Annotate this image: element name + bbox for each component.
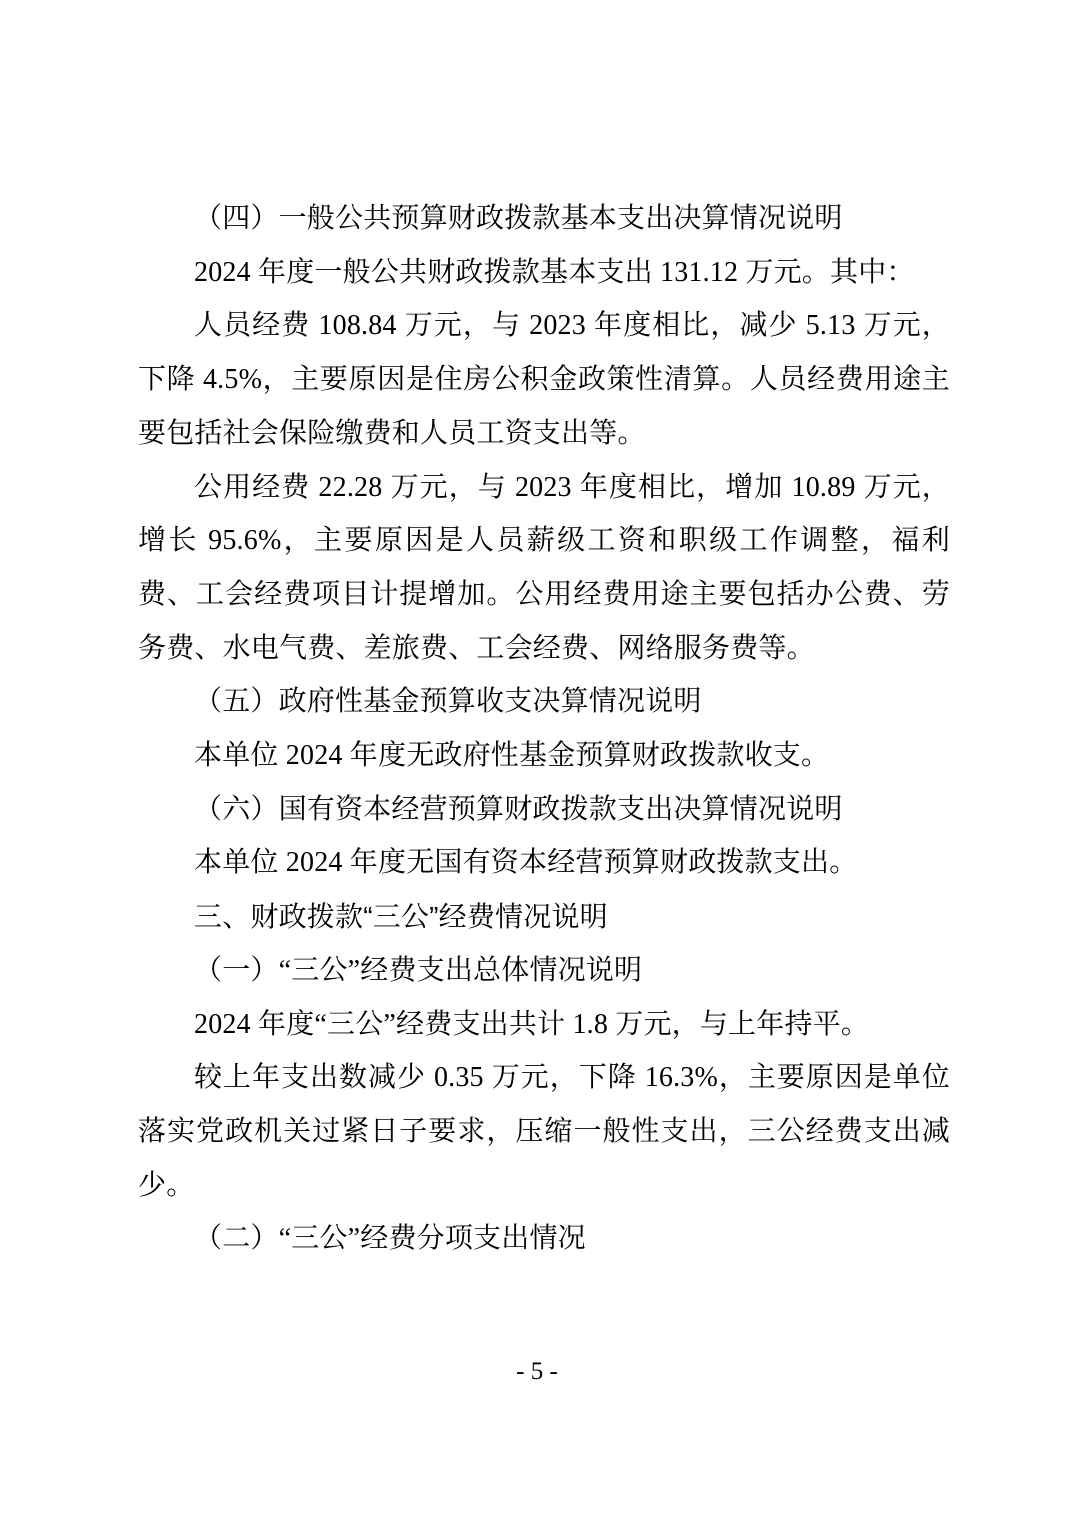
paragraph-sangong-change: 较上年支出数减少 0.35 万元，下降 16.3%，主要原因是单位落实党政机关过…: [138, 1051, 950, 1212]
heading-part-three: 三、财政拨款“三公”经费情况说明: [138, 890, 950, 944]
paragraph-public-expense: 公用经费 22.28 万元，与 2023 年度相比，增加 10.89 万元，增长…: [138, 461, 950, 676]
paragraph-personnel-expense: 人员经费 108.84 万元，与 2023 年度相比，减少 5.13 万元，下降…: [138, 299, 950, 460]
heading-section-6: （六）国有资本经营预算财政拨款支出决算情况说明: [138, 783, 950, 837]
paragraph-gov-fund: 本单位 2024 年度无政府性基金预算财政拨款收支。: [138, 729, 950, 783]
document-page: （四）一般公共预算财政拨款基本支出决算情况说明 2024 年度一般公共财政拨款基…: [0, 0, 1074, 1520]
heading-section-4: （四）一般公共预算财政拨款基本支出决算情况说明: [138, 192, 950, 246]
paragraph-sangong-total: 2024 年度“三公”经费支出共计 1.8 万元，与上年持平。: [138, 998, 950, 1052]
heading-subsection-2: （二）“三公”经费分项支出情况: [138, 1212, 950, 1266]
page-number: - 5 -: [0, 1352, 1074, 1392]
heading-section-5: （五）政府性基金预算收支决算情况说明: [138, 675, 950, 729]
heading-subsection-1: （一）“三公”经费支出总体情况说明: [138, 944, 950, 998]
paragraph-state-capital: 本单位 2024 年度无国有资本经营预算财政拨款支出。: [138, 836, 950, 890]
paragraph-basic-expenditure-total: 2024 年度一般公共财政拨款基本支出 131.12 万元。其中：: [138, 246, 950, 300]
document-body: （四）一般公共预算财政拨款基本支出决算情况说明 2024 年度一般公共财政拨款基…: [138, 192, 950, 1266]
